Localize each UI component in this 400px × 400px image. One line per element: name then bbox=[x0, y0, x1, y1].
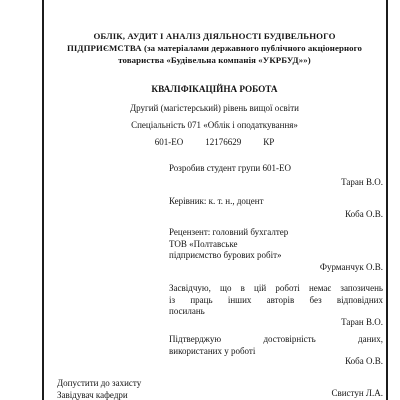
reviewer-line-1: Рецензент: головний бухгалтер bbox=[169, 227, 383, 239]
admission-block: Допустити до захисту Завідувач кафедри bbox=[57, 377, 141, 400]
department-head-name: Свистун Л.А. bbox=[169, 388, 383, 398]
reviewer-line-3: підприємство бурових робіт» bbox=[169, 250, 383, 262]
reviewer-line-2: ТОВ «Полтавське bbox=[169, 239, 383, 251]
group-code: 601-ЕО bbox=[155, 137, 184, 147]
originality-line-3: посилань bbox=[169, 306, 383, 318]
originality-signature: Таран В.О. bbox=[169, 317, 383, 329]
supervisor-name: Коба О.В. bbox=[169, 209, 383, 221]
data-confirmation-line-1: Підтверджую достовірність даних, bbox=[169, 334, 383, 346]
codes-row: 601-ЕО 12176629 КР bbox=[42, 137, 387, 147]
thesis-title-line-3: товариства «Будівельна компанія «УКРБУД»… bbox=[42, 54, 387, 66]
admission-line-2: Завідувач кафедри bbox=[57, 389, 141, 400]
supervisor-label: Керівник: к. т. н., доцент bbox=[169, 196, 383, 208]
originality-line-1: Засвідчую, що в цій роботі немає запозич… bbox=[169, 283, 383, 295]
record-number: 12176629 bbox=[205, 137, 241, 147]
work-type-heading: КВАЛІФІКАЦІЙНА РОБОТА bbox=[42, 84, 387, 94]
work-abbr: КР bbox=[263, 137, 274, 147]
degree-level: Другий (магістерський) рівень вищої осві… bbox=[42, 103, 387, 113]
admission-line-1: Допустити до захисту bbox=[57, 377, 141, 389]
developer-name: Таран В.О. bbox=[169, 177, 383, 189]
data-confirmation-signature: Коба О.В. bbox=[169, 356, 383, 368]
thesis-title-page: ОБЛІК, АУДИТ І АНАЛІЗ ДІЯЛЬНОСТІ БУДІВЕЛ… bbox=[0, 0, 400, 400]
data-confirmation-statement: Підтверджую достовірність даних, викорис… bbox=[169, 334, 383, 357]
reviewer-block: Рецензент: головний бухгалтер ТОВ «Полта… bbox=[169, 227, 383, 262]
originality-line-2: із праць інших авторів без відповідних bbox=[169, 295, 383, 307]
thesis-title: ОБЛІК, АУДИТ І АНАЛІЗ ДІЯЛЬНОСТІ БУДІВЕЛ… bbox=[42, 30, 387, 66]
thesis-title-line-1: ОБЛІК, АУДИТ І АНАЛІЗ ДІЯЛЬНОСТІ БУДІВЕЛ… bbox=[42, 30, 387, 42]
specialty-line: Спеціальність 071 «Облік і оподаткування… bbox=[42, 120, 387, 130]
originality-statement: Засвідчую, що в цій роботі немає запозич… bbox=[169, 283, 383, 318]
thesis-title-line-2: ПІДПРИЄМСТВА (за матеріалами державного … bbox=[42, 42, 387, 54]
developer-label: Розробив студент групи 601-ЕО bbox=[169, 163, 383, 175]
reviewer-name: Фурманчук О.В. bbox=[169, 262, 383, 274]
